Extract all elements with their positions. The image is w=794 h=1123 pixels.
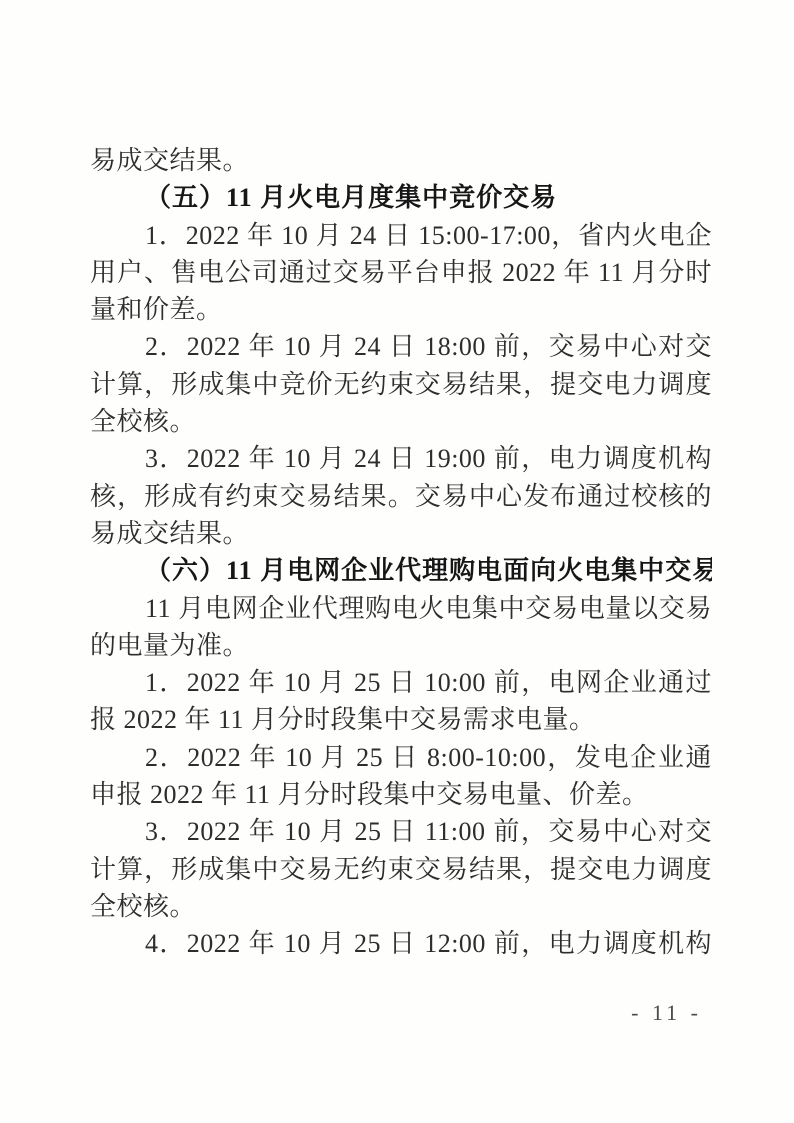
text-line: 11 月电网企业代理购电火电集中交易电量以交易平台公布	[90, 590, 712, 627]
document-page: 易成交结果。（五）11 月火电月度集中竞价交易1．2022 年 10 月 24 …	[0, 0, 794, 1123]
text-line: 3．2022 年 10 月 24 日 19:00 前，电力调度机构进行安全校	[90, 440, 712, 477]
text-line: 1．2022 年 10 月 24 日 15:00-17:00，省内火电企业、电力	[90, 217, 712, 254]
page-number: - 11 -	[631, 1001, 702, 1025]
text-line: 易成交结果。	[90, 142, 712, 179]
text-line: 易成交结果。	[90, 515, 712, 552]
document-body: 易成交结果。（五）11 月火电月度集中竞价交易1．2022 年 10 月 24 …	[90, 142, 712, 963]
text-line: 量和价差。	[90, 291, 712, 328]
text-line: 报 2022 年 11 月分时段集中交易需求电量。	[90, 701, 712, 738]
section-heading: （五）11 月火电月度集中竞价交易	[90, 179, 712, 216]
text-line: 计算，形成集中竞价无约束交易结果，提交电力调度机构进行安	[90, 366, 712, 403]
text-line: 3．2022 年 10 月 25 日 11:00 前，交易中心对交易申报进行	[90, 813, 712, 850]
text-line: 4．2022 年 10 月 25 日 12:00 前，电力调度机构进行安全校	[90, 925, 712, 962]
text-line: 全校核。	[90, 403, 712, 440]
text-line: 的电量为准。	[90, 627, 712, 664]
text-line: 2．2022 年 10 月 24 日 18:00 前，交易中心对交易申报进行	[90, 328, 712, 365]
text-line: 全校核。	[90, 888, 712, 925]
text-line: 用户、售电公司通过交易平台申报 2022 年 11 月分时段交易电	[90, 254, 712, 291]
text-line: 核，形成有约束交易结果。交易中心发布通过校核的集中竞价交	[90, 478, 712, 515]
text-line: 2．2022 年 10 月 25 日 8:00-10:00，发电企业通过交易平台	[90, 739, 712, 776]
text-line: 1．2022 年 10 月 25 日 10:00 前，电网企业通过交易平台申	[90, 664, 712, 701]
section-heading: （六）11 月电网企业代理购电面向火电集中交易	[90, 552, 712, 589]
text-line: 申报 2022 年 11 月分时段集中交易电量、价差。	[90, 776, 712, 813]
text-line: 计算，形成集中交易无约束交易结果，提交电力调度机构进行安	[90, 851, 712, 888]
